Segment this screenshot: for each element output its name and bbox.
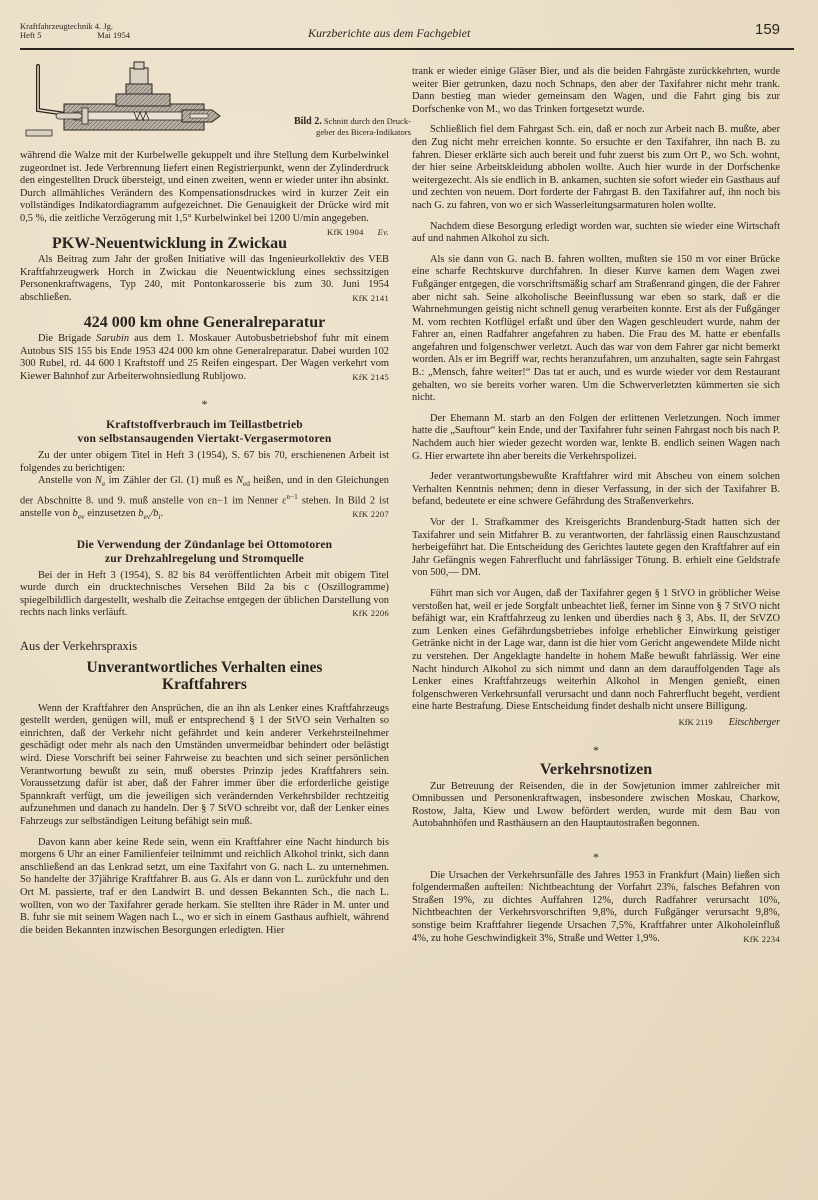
pressure-transducer-illustration bbox=[24, 58, 224, 146]
article-text-kraftstoff-2: Anstelle von Ne im Zähler der Gl. (1) mu… bbox=[20, 475, 389, 523]
article-text-zuendanlage: Bei der in Heft 3 (1954), S. 82 bis 84 v… bbox=[20, 570, 389, 620]
article-text-verkehrspraxis-2-cont: trank er wieder einige Gläser Bier, und … bbox=[412, 66, 780, 116]
article-title-verkehrsnotizen: Verkehrsnotizen bbox=[412, 764, 780, 777]
figure-caption: Bild 2. Schnitt durch den Druck- geber d… bbox=[248, 116, 411, 137]
brigade-name: Sarubin bbox=[96, 333, 129, 344]
article-text-verkehrspraxis-2: Davon kann aber keine Rede sein, wenn ei… bbox=[20, 837, 389, 938]
article-text-verkehrspraxis-1: Wenn der Kraftfahrer den Ansprüchen, die… bbox=[20, 703, 389, 829]
article-signature: KfK 2119 Eitschberger bbox=[412, 716, 780, 730]
article-text-verkehrspraxis-5: Als sie dann von G. nach B. fahren wollt… bbox=[412, 254, 780, 405]
figure-label: Bild 2. bbox=[294, 116, 322, 127]
article-text: während die Walze mit der Kurbelwelle ge… bbox=[20, 150, 389, 224]
header-rule bbox=[20, 48, 794, 50]
reference-code: KfK 2206 bbox=[334, 607, 389, 620]
reference-code: KfK 2141 bbox=[334, 292, 389, 305]
author-initials: Ev. bbox=[378, 227, 389, 237]
article-title-km: 424 000 km ohne Generalreparatur bbox=[20, 317, 389, 330]
issue-date: Mai 1954 bbox=[97, 31, 130, 40]
separator-star: * bbox=[20, 398, 389, 411]
journal-info: Kraftfahrzeugtechnik 4. Jg. Heft 5 Mai 1… bbox=[20, 22, 130, 40]
article-text-verkehrsnotizen: Zur Betreuung der Reisenden, die in der … bbox=[412, 781, 780, 831]
left-column: Bild 2. Schnitt durch den Druck- geber d… bbox=[20, 58, 389, 937]
figure-caption-line2: geber des Bicera-Indikators bbox=[316, 127, 411, 137]
article-text-verkehrspraxis-3: Schließlich fiel dem Fahrgast Sch. ein, … bbox=[412, 124, 780, 212]
separator-star: * bbox=[412, 851, 780, 864]
separator-star: * bbox=[412, 744, 780, 757]
reference-code: KfK 2145 bbox=[334, 371, 389, 384]
article-title-kraftstoff: Kraftstoffverbrauch im Teillastbetrieb v… bbox=[20, 418, 389, 446]
article-text-verkehrspraxis-9: Führt man sich vor Augen, daß der Taxifa… bbox=[412, 588, 780, 714]
running-header: Kraftfahrzeugtechnik 4. Jg. Heft 5 Mai 1… bbox=[20, 22, 498, 48]
article-title-zuendanlage: Die Verwendung der Zündanlage bei Ottomo… bbox=[20, 538, 389, 566]
author-name: Eitschberger bbox=[729, 717, 780, 728]
article-text-pkw: Als Beitrag zum Jahr der großen Initiati… bbox=[20, 254, 389, 304]
section-title: Kurzberichte aus dem Fachgebiet bbox=[308, 26, 588, 41]
right-column: trank er wieder einige Gläser Bier, und … bbox=[412, 66, 780, 945]
article-text-verkehrspraxis-7: Jeder verantwortungsbewußte Kraftfahrer … bbox=[412, 471, 780, 509]
issue-number: Heft 5 bbox=[20, 31, 41, 40]
article-title-pkw: PKW-Neuentwicklung in Zwickau bbox=[20, 238, 389, 251]
article-text-km: Die Brigade Sarubin aus dem 1. Moskauer … bbox=[20, 333, 389, 383]
article-text-verkehrspraxis-8: Vor der 1. Strafkammer des Kreisgerichts… bbox=[412, 517, 780, 580]
article-title-verkehrspraxis: Unverantwortliches Verhalten eines Kraft… bbox=[20, 659, 389, 693]
reference-code: KfK 2234 bbox=[725, 933, 780, 946]
article-text-unfallursachen: Die Ursachen der Verkehrsunfälle des Jah… bbox=[412, 870, 780, 946]
article-bicera-continued: während die Walze mit der Kurbelwelle ge… bbox=[20, 150, 389, 226]
reference-code: KfK 2207 bbox=[334, 508, 389, 521]
section-label-verkehrspraxis: Aus der Verkehrspraxis bbox=[20, 640, 389, 653]
reference-code: KfK 1904Ev. bbox=[327, 226, 389, 239]
article-text-verkehrspraxis-6: Der Ehemann M. starb an den Folgen der e… bbox=[412, 413, 780, 463]
reference-code: KfK 2119 bbox=[679, 717, 713, 727]
figure-bild-2: Bild 2. Schnitt durch den Druck- geber d… bbox=[20, 58, 389, 150]
page-number: 159 bbox=[755, 21, 780, 38]
article-text-kraftstoff-1: Zu der unter obigem Titel in Heft 3 (195… bbox=[20, 450, 389, 475]
figure-caption-line1: Schnitt durch den Druck- bbox=[324, 116, 411, 126]
article-text-verkehrspraxis-4: Nachdem diese Besorgung erledigt worden … bbox=[412, 221, 780, 246]
